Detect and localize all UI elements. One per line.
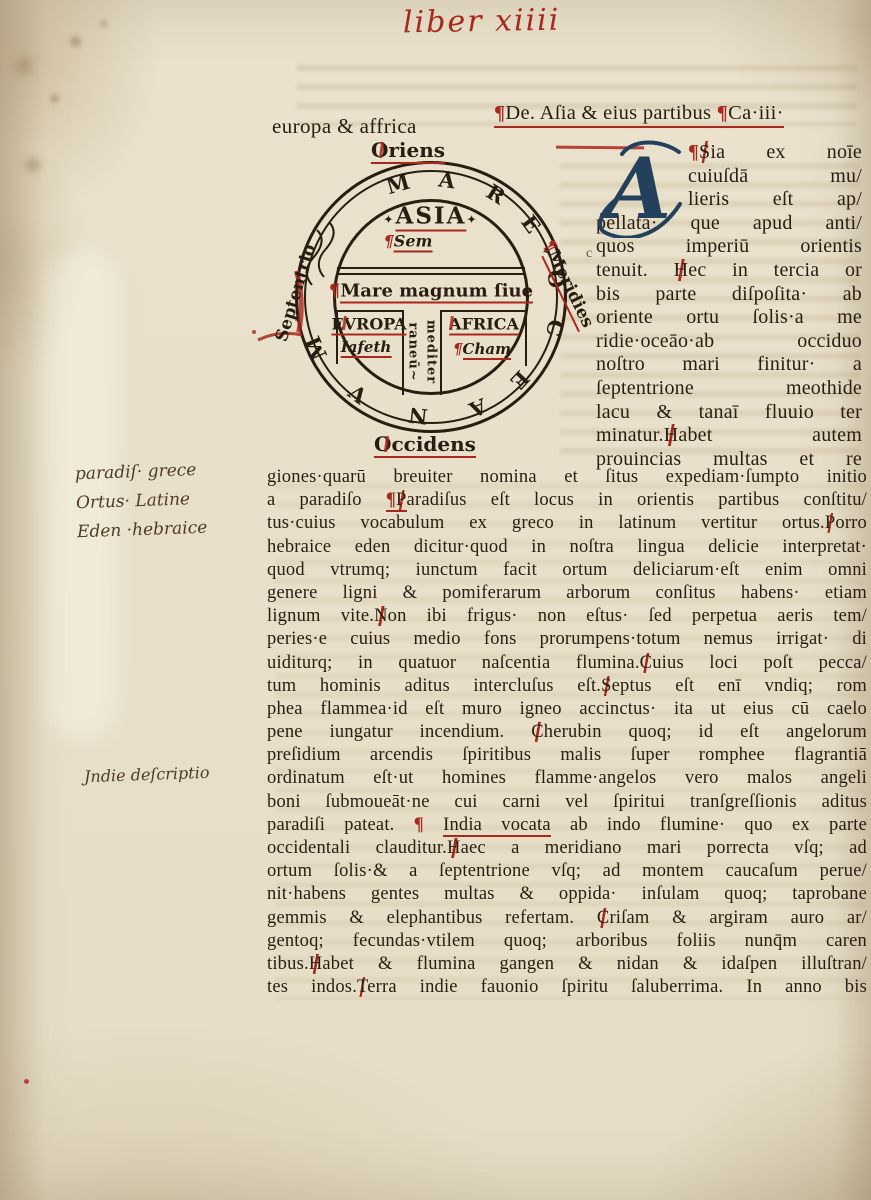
text-line: genere ligni & pomiferarum arborum conſi… (267, 582, 867, 605)
text-run: paradiſi pateat. (267, 815, 414, 835)
text-run: preſidium arcendis ſpiritibus malis ſupe… (267, 745, 867, 765)
text-run: hebraice eden dicitur·quod in noſtra lin… (267, 537, 867, 557)
text-run: ab indo flumine· quo ex parte (551, 815, 867, 835)
text-line: gentoq; fecundas·vtilem quoq; arboribus … (267, 930, 867, 953)
text-run: ec in tercia or (688, 259, 862, 281)
text-run: tes indos. (267, 977, 357, 997)
text-run: ridie·oceāo·ab occiduo (596, 330, 862, 352)
illuminated-initial: A (592, 140, 692, 238)
pilcrow-mark: ¶ (329, 281, 340, 302)
text-run: lacu & tanaī fluuio ter (596, 401, 862, 423)
text-line: ¶De. Aſia & eius partibus ¶Ca·iii· (494, 102, 784, 125)
margin-note-line: Eden ·hebraice (77, 514, 208, 548)
water-squiggle (319, 222, 334, 277)
text-run: quod vtrumq; iunctum facit ortum delicia… (267, 560, 867, 580)
text-run: ordinatum eſt·ut homines flamme·angelos … (267, 768, 867, 788)
text-line: quos imperiū orientis (596, 235, 862, 259)
text-run: tenuit. (596, 259, 674, 281)
text-run: bis parte diſpoſita· ab (596, 283, 862, 305)
margin-note-paradise: paradiſ· grece Ortus· Latine Eden ·hebra… (75, 456, 208, 547)
label-text: Cham (463, 340, 511, 360)
text-run: minatur. (596, 424, 664, 446)
text-run: ¶ (414, 815, 443, 835)
text-run: abet & flumina gangen & nidan & idaſpen … (322, 954, 867, 974)
text-line: lignum vite.Non ibi frigus· non eſtus· ſ… (267, 605, 867, 628)
text-run: ia ex noīe (710, 141, 862, 163)
margin-note-line: Ortus· Latine (76, 485, 207, 519)
text-run: pene iungatur incendium. (267, 722, 531, 742)
text-line: ridie·oceāo·ab occiduo (596, 330, 862, 354)
text-run: H (674, 259, 689, 281)
text-run: gemmis & elephantibus refertam. (267, 908, 597, 928)
text-run: De. Aſia & eius partibus (505, 102, 716, 124)
paper-stain (16, 58, 32, 74)
map-ring-letter: A (437, 166, 457, 193)
text-run: occidentali clauditur. (267, 838, 447, 858)
text-run: S (601, 676, 612, 696)
text-line: preſidium arcendis ſpiritibus malis ſupe… (267, 744, 867, 767)
text-line: ſeptentrione meothide (596, 377, 862, 401)
text-line: tibus.Habet & flumina gangen & nidan & i… (267, 953, 867, 976)
text-line: noſtro mari finitur· a (596, 353, 862, 377)
text-run: noſtro mari finitur· a (596, 353, 862, 375)
pilcrow-mark: ¶ (453, 340, 463, 358)
paper-stain (70, 36, 81, 47)
text-run: aec a meridiano mari porrecta vſq; ad (461, 838, 867, 858)
text-run: ¶ (717, 102, 728, 124)
text-run: uiditurq; in quatuor naſcentia flumina. (267, 653, 640, 673)
text-run: orro (835, 513, 867, 533)
text-run: riſam & argiram auro ar/ (609, 908, 867, 928)
map-t-horizontal-line (337, 273, 525, 275)
text-run: ¶ (386, 490, 396, 512)
hedera-ornament: ✦ (467, 213, 479, 227)
margin-note-india: Jndie deſcriptio (84, 763, 210, 786)
text-line: paradiſi pateat. ¶ India vocata ab indo … (267, 814, 867, 837)
text-line: uiditurq; in quatuor naſcentia flumina.C… (267, 652, 867, 675)
text-line: hebraice eden dicitur·quod in noſtra lin… (267, 536, 867, 559)
text-run: C (640, 653, 653, 673)
text-line: giones·quarū breuiter nomina et ſitus ex… (267, 466, 867, 489)
text-run: herubin quoq; id eſt angelorum (544, 722, 867, 742)
text-line: tum hominis aditus intercluſus eſt.Septu… (267, 675, 867, 698)
margin-note-line: paradiſ· grece (75, 456, 206, 490)
label-text: Occidens (374, 432, 476, 458)
label-text: ASIA (395, 203, 466, 232)
text-run: H (447, 838, 461, 858)
paper-stain (100, 20, 107, 27)
text-run: ſeptentrione meothide (596, 377, 862, 399)
text-run: Ca·iii· (728, 102, 784, 124)
initial-letter: A (599, 140, 671, 238)
text-run: abet autem (678, 424, 862, 446)
map-ring-letter: N (407, 403, 429, 430)
map-label-mediterraneum-2: raneū~ (406, 322, 421, 381)
text-line: tes indos.Terra indie fauonio ſpiritu ſa… (267, 976, 867, 999)
map-label-africa: AFRICA (449, 315, 519, 334)
text-run: H (309, 954, 323, 974)
text-run: aradiſus eſt locus in orientis partibus … (407, 490, 867, 510)
text-run: tum hominis aditus intercluſus eſt. (267, 676, 601, 696)
text-line: tus·cuius vocabulum ex greco in latinum … (267, 512, 867, 535)
red-ink-speck (24, 1079, 29, 1084)
label-text: Mare magnum ſiue (340, 281, 533, 304)
map-t-horizontal-line (337, 267, 525, 269)
hedera-ornament: ✦ (383, 213, 395, 227)
text-line: oriente ortu ſolis·a me (596, 306, 862, 330)
text-run: a paradiſo (267, 490, 386, 510)
text-run: giones·quarū breuiter nomina et ſitus ex… (267, 467, 867, 487)
text-line: lacu & tanaī fluuio ter (596, 401, 862, 425)
text-run: cuiuſdā mu/ (688, 165, 862, 187)
text-run: boni ſubmoueāt·ne cui carni vel ſpiritui… (267, 792, 867, 812)
guide-letter: c (586, 246, 592, 262)
text-line: bis parte diſpoſita· ab (596, 283, 862, 307)
text-line: tenuit. Hec in tercia or (596, 259, 862, 283)
text-line: gemmis & elephantibus refertam. Criſam &… (267, 907, 867, 930)
text-line: minatur.Habet autem (596, 424, 862, 448)
text-run: C (597, 908, 610, 928)
text-line: ordinatum eſt·ut homines flamme·angelos … (267, 767, 867, 790)
chapter-heading: ¶De. Aſia & eius partibus ¶Ca·iii· (494, 102, 784, 128)
map-label-occidens: Occidens (374, 432, 476, 456)
manuscript-page: liber xiiii europa & affrica ¶De. Aſia &… (0, 0, 871, 1200)
paper-stain (50, 94, 59, 103)
text-run: India vocata (443, 815, 551, 837)
text-run: quos imperiū orientis (596, 235, 862, 257)
text-line: a paradiſo ¶Paradiſus eſt locus in orien… (267, 489, 867, 512)
text-run: C (531, 722, 544, 742)
label-text: Sem (394, 232, 433, 253)
text-run: peries·e cuius medio fons prorumpens·tot… (267, 629, 867, 649)
text-line: nit·habens gentes multas & oppida· inſul… (267, 883, 867, 906)
text-line: phea flammea·id eſt muro igneo accinctus… (267, 698, 867, 721)
body-text: giones·quarū breuiter nomina et ſitus ex… (267, 466, 867, 999)
text-line: peries·e cuius medio fons prorumpens·tot… (267, 628, 867, 651)
pilcrow-mark: ¶ (384, 232, 394, 251)
text-run: N (374, 606, 388, 626)
text-run: nit·habens gentes multas & oppida· inſul… (267, 884, 867, 904)
text-run: ¶ (494, 102, 505, 124)
map-label-cham: ¶Cham (453, 340, 511, 358)
text-run: phea flammea·id eſt muro igneo accinctus… (267, 699, 867, 719)
map-label-sem: ¶Sem (384, 232, 433, 251)
text-run: gentoq; fecundas·vtilem quoq; arboribus … (267, 931, 867, 951)
text-run: lignum vite. (267, 606, 374, 626)
text-line: pene iungatur incendium. Cherubin quoq; … (267, 721, 867, 744)
text-run: tibus. (267, 954, 309, 974)
text-run: P (396, 490, 407, 512)
text-run: uius loci poſt pecca/ (652, 653, 867, 673)
text-run: tus·cuius vocabulum ex greco in latinum … (267, 513, 825, 533)
text-run: genere ligni & pomiferarum arborum conſi… (267, 583, 867, 603)
map-label-asia: ✦ASIA✦ (383, 203, 478, 230)
label-text: AFRICA (449, 315, 519, 336)
text-run: lieris eſt ap/ (688, 188, 862, 210)
text-run: eptus eſt enī vndiq; rom (612, 676, 867, 696)
label-text: Iafeth (341, 338, 392, 358)
text-line: ortum ſolis·& a ſeptentrione vſq; ad mon… (267, 860, 867, 883)
text-line: quod vtrumq; iunctum facit ortum delicia… (267, 559, 867, 582)
text-run: on ibi frigus· non eſtus· ſed perpetua a… (388, 606, 867, 626)
text-run: S (699, 141, 710, 163)
running-header: europa & affrica (272, 114, 417, 139)
map-label-mediterraneum-1: mediter (424, 320, 439, 384)
text-run: P (825, 513, 836, 533)
page-title-annotation: liber xiiii (403, 3, 561, 41)
text-run: T (357, 977, 367, 997)
text-run: oriente ortu ſolis·a me (596, 306, 862, 328)
text-run: erra indie fauonio ſpiritu ſaluberrima. … (367, 977, 867, 997)
map-label-iafeth: Iafeth (341, 338, 392, 356)
paper-stain (26, 158, 40, 172)
text-run: H (664, 424, 679, 446)
text-line: boni ſubmoueāt·ne cui carni vel ſpiritui… (267, 791, 867, 814)
text-run: ortum ſolis·& a ſeptentrione vſq; ad mon… (267, 861, 867, 881)
map-label-mare-magnum: ¶Mare magnum ſiue (329, 281, 533, 302)
text-line: occidentali clauditur.Haec a meridiano m… (267, 837, 867, 860)
